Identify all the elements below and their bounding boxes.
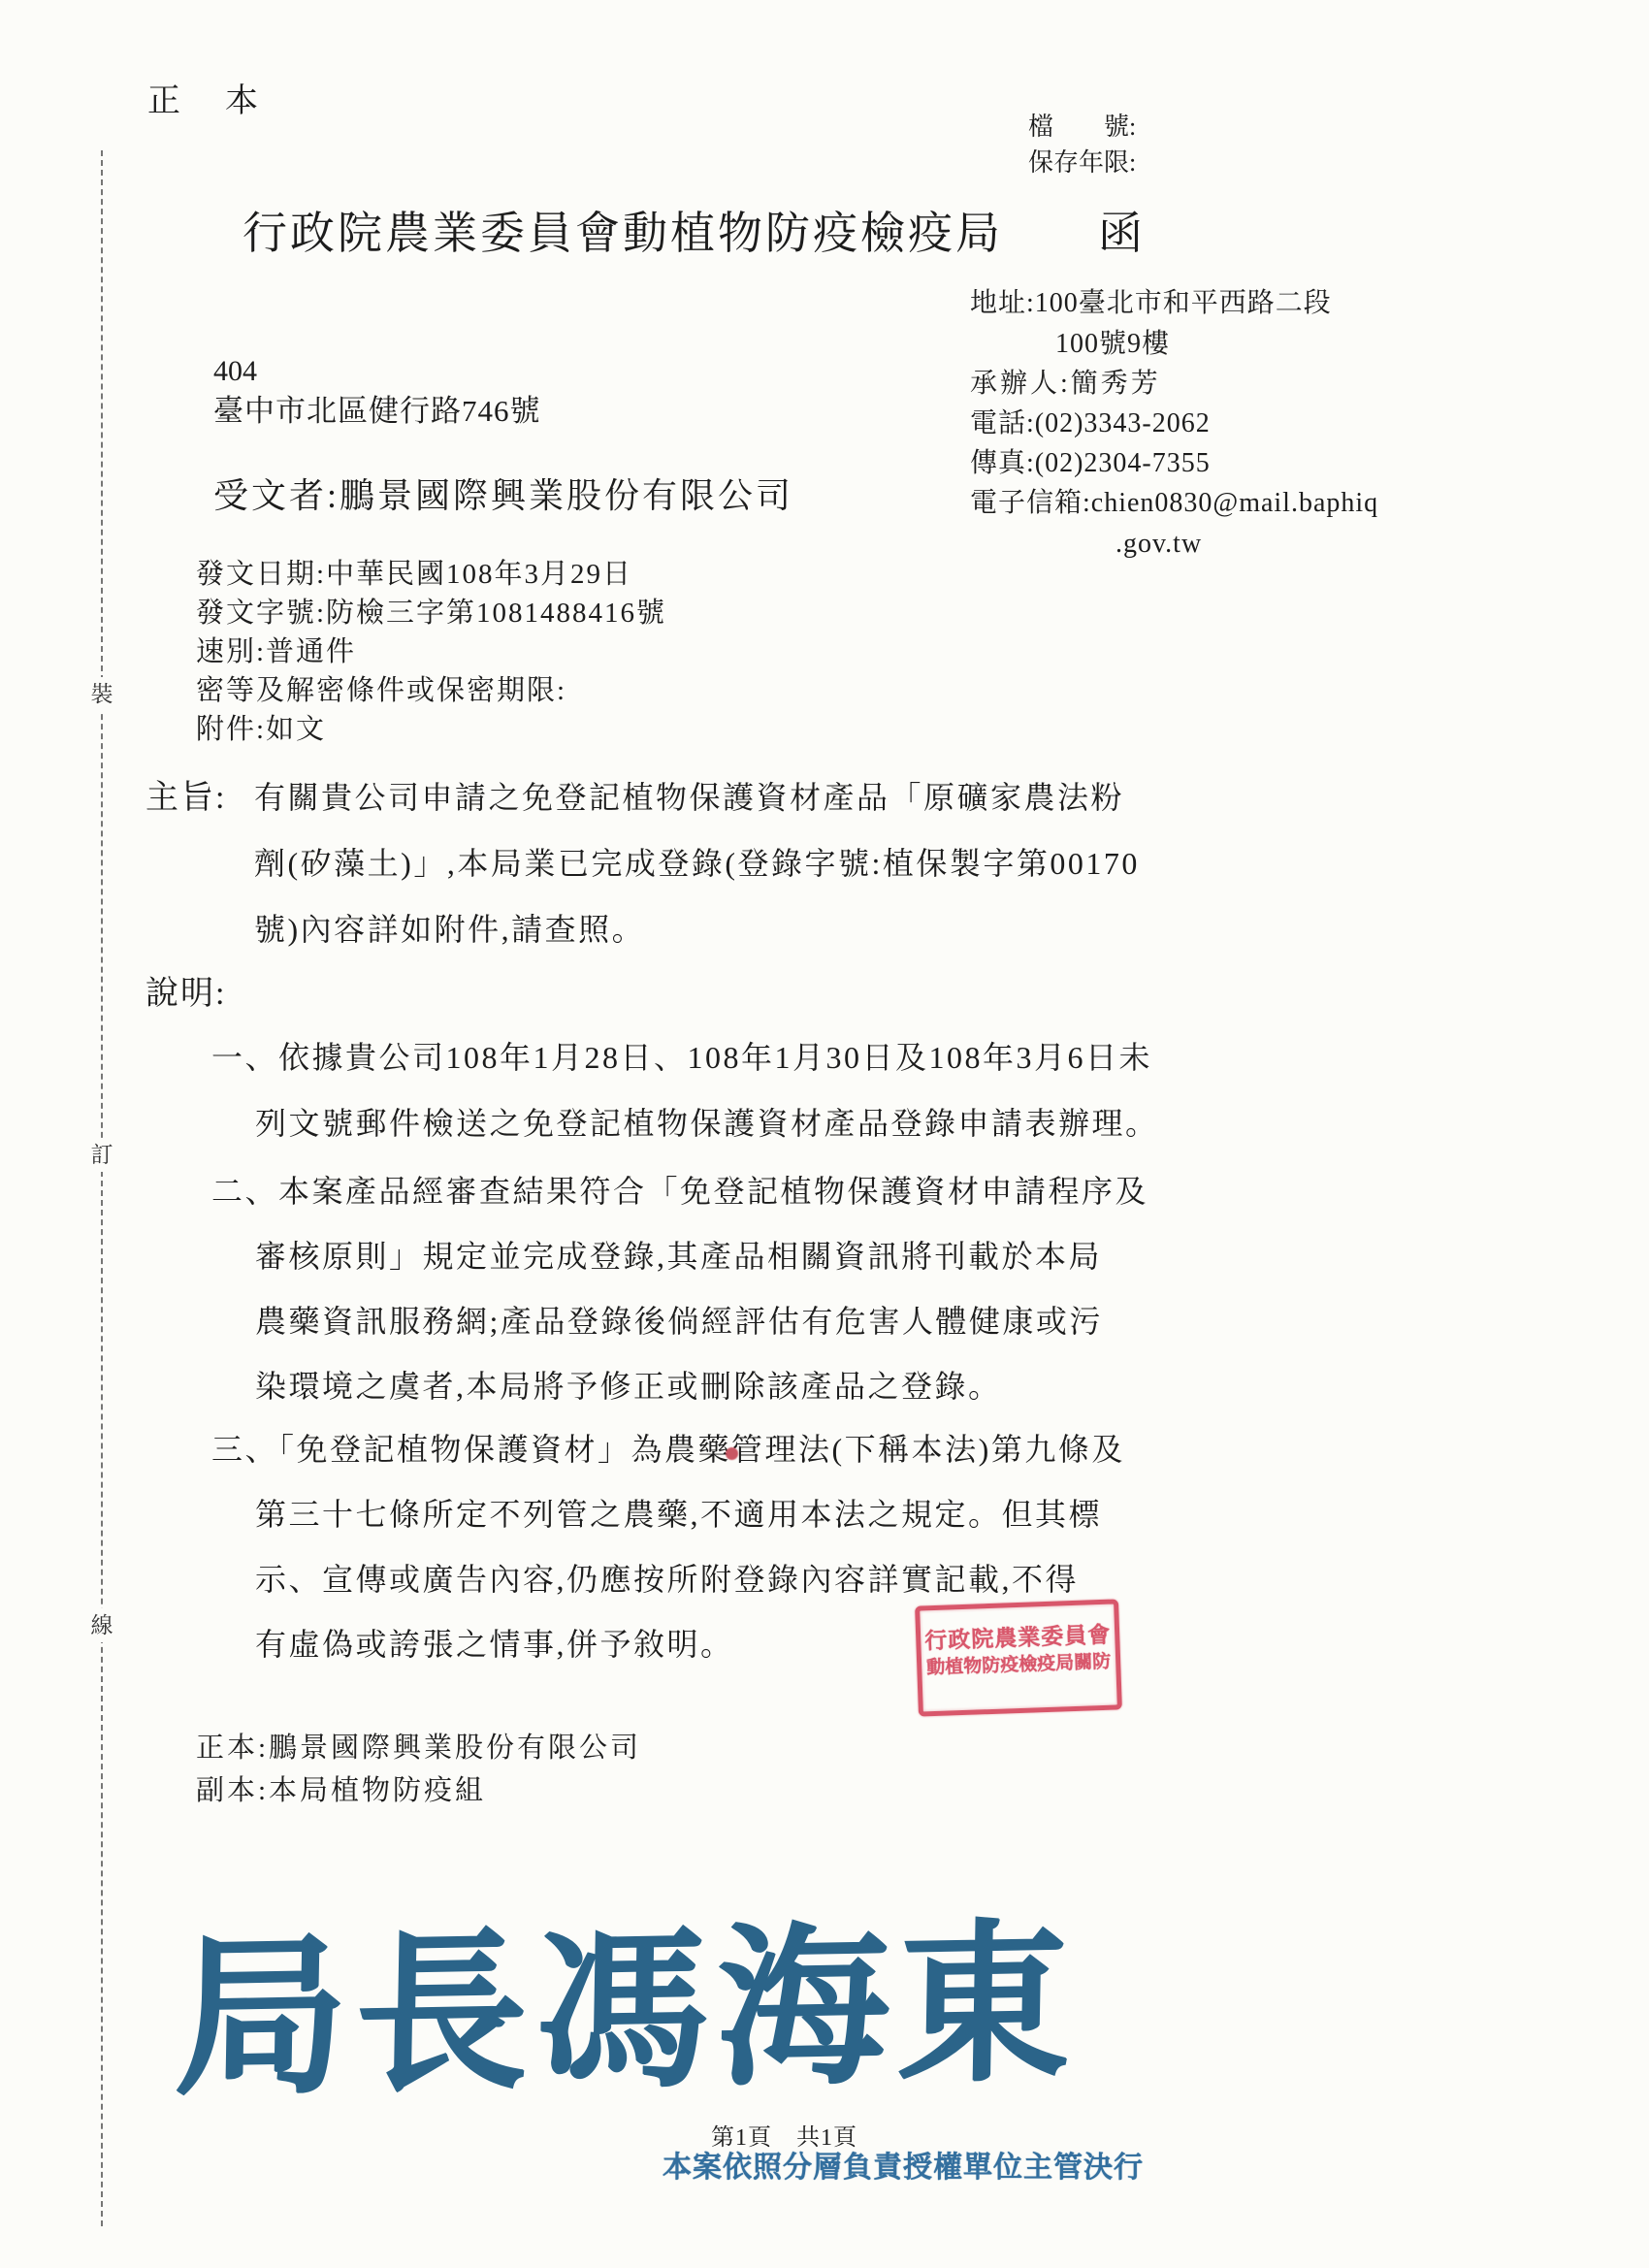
sender-email-line1: 電子信箱:chien0830@mail.baphiq	[970, 490, 1378, 517]
binding-marker-xian: 線	[82, 1608, 121, 1642]
explanation-item-1-line: 列文號郵件檢送之免登記植物保護資材產品登錄申請表辦理。	[255, 1108, 1159, 1139]
binding-margin-dashed-line	[101, 150, 103, 2226]
sender-email-line2: .gov.tw	[1115, 531, 1202, 558]
sender-contact-person: 承辦人:簡秀芳	[970, 371, 1161, 398]
copy-type-label: 正 本	[147, 85, 264, 118]
explanation-item-2-line: 二、本案產品經審查結果符合「免登記植物保護資材申請程序及	[211, 1176, 1148, 1207]
subject-line: 號)內容詳如附件,請查照。	[254, 914, 645, 945]
document-title: 行政院農業委員會動植物防疫檢疫局 函	[242, 211, 1146, 256]
delegation-note: 本案依照分層負責授權單位主管決行	[663, 2154, 1144, 2183]
speed-class: 速別:普通件	[196, 638, 356, 666]
explanation-item-3-line: 有虛偽或誇張之情事,併予敘明。	[255, 1629, 734, 1660]
subject-line: 劑(矽藻土)」,本局業已完成登錄(登錄字號:植保製字第00170	[254, 848, 1140, 879]
explanation-item-1-line: 一、依據貴公司108年1月28日、108年1月30日及108年3月6日未	[211, 1042, 1152, 1073]
explanation-label: 說明:	[145, 978, 226, 1011]
sender-fax: 傳真:(02)2304-7355	[970, 450, 1211, 477]
explanation-item-2-line: 染環境之虞者,本局將予修正或刪除該產品之登錄。	[255, 1371, 1002, 1402]
file-retention-labels: 檔 號: 保存年限:	[1028, 109, 1136, 180]
red-ink-dot-artifact	[726, 1447, 738, 1460]
sender-address-line1: 地址:100臺北市和平西路二段	[970, 290, 1332, 317]
distribution-copy: 副本:本局植物防疫組	[196, 1777, 486, 1805]
retention-period-label: 保存年限:	[1028, 145, 1136, 180]
sender-phone: 電話:(02)3343-2062	[970, 410, 1211, 437]
director-signature: 局長馮海東	[173, 1918, 1079, 2106]
explanation-item-3-line: 三、「免登記植物保護資材」為農藥管理法(下稱本法)第九條及	[211, 1434, 1125, 1465]
explanation-item-2-line: 審核原則」規定並完成登錄,其產品相關資訊將刊載於本局	[255, 1241, 1102, 1272]
explanation-item-3-line: 第三十七條所定不列管之農藥,不適用本法之規定。但其標	[255, 1499, 1102, 1530]
explanation-item-2-line: 農藥資訊服務網;產品登錄後倘經評估有危害人體健康或污	[255, 1306, 1103, 1337]
explanation-item-3-line: 示、宣傳或廣告內容,仍應按所附登錄內容詳實記載,不得	[255, 1564, 1079, 1595]
file-number-label: 檔 號:	[1028, 109, 1136, 145]
binding-marker-ding: 訂	[82, 1138, 121, 1172]
attachment-note: 附件:如文	[196, 716, 326, 744]
scanned-official-letter: 裝 訂 線 正 本 檔 號: 保存年限: 行政院農業委員會動植物防疫檢疫局 函 …	[0, 0, 1649, 2268]
document-number: 發文字號:防檢三字第1081488416號	[196, 599, 666, 628]
issue-date: 發文日期:中華民國108年3月29日	[196, 561, 632, 589]
subject-line: 有關貴公司申請之免登記植物保護資材產品「原礦家農法粉	[254, 782, 1124, 813]
security-class: 密等及解密條件或保密期限:	[196, 677, 566, 705]
official-seal-stamp: 行政院農業委員會 動植物防疫檢疫局關防	[915, 1599, 1122, 1716]
binding-marker-zhuang: 裝	[82, 677, 121, 711]
sender-address-line2: 100號9樓	[1055, 331, 1170, 358]
recipient-postal-code: 404	[213, 357, 257, 386]
recipient-address: 臺中市北區健行路746號	[213, 396, 541, 426]
subject-label: 主旨:	[145, 782, 226, 815]
recipient-line: 受文者:鵬景國際興業股份有限公司	[213, 478, 793, 513]
page-number-info: 第1頁 共1頁	[711, 2126, 857, 2150]
distribution-original: 正本:鵬景國際興業股份有限公司	[196, 1734, 641, 1763]
